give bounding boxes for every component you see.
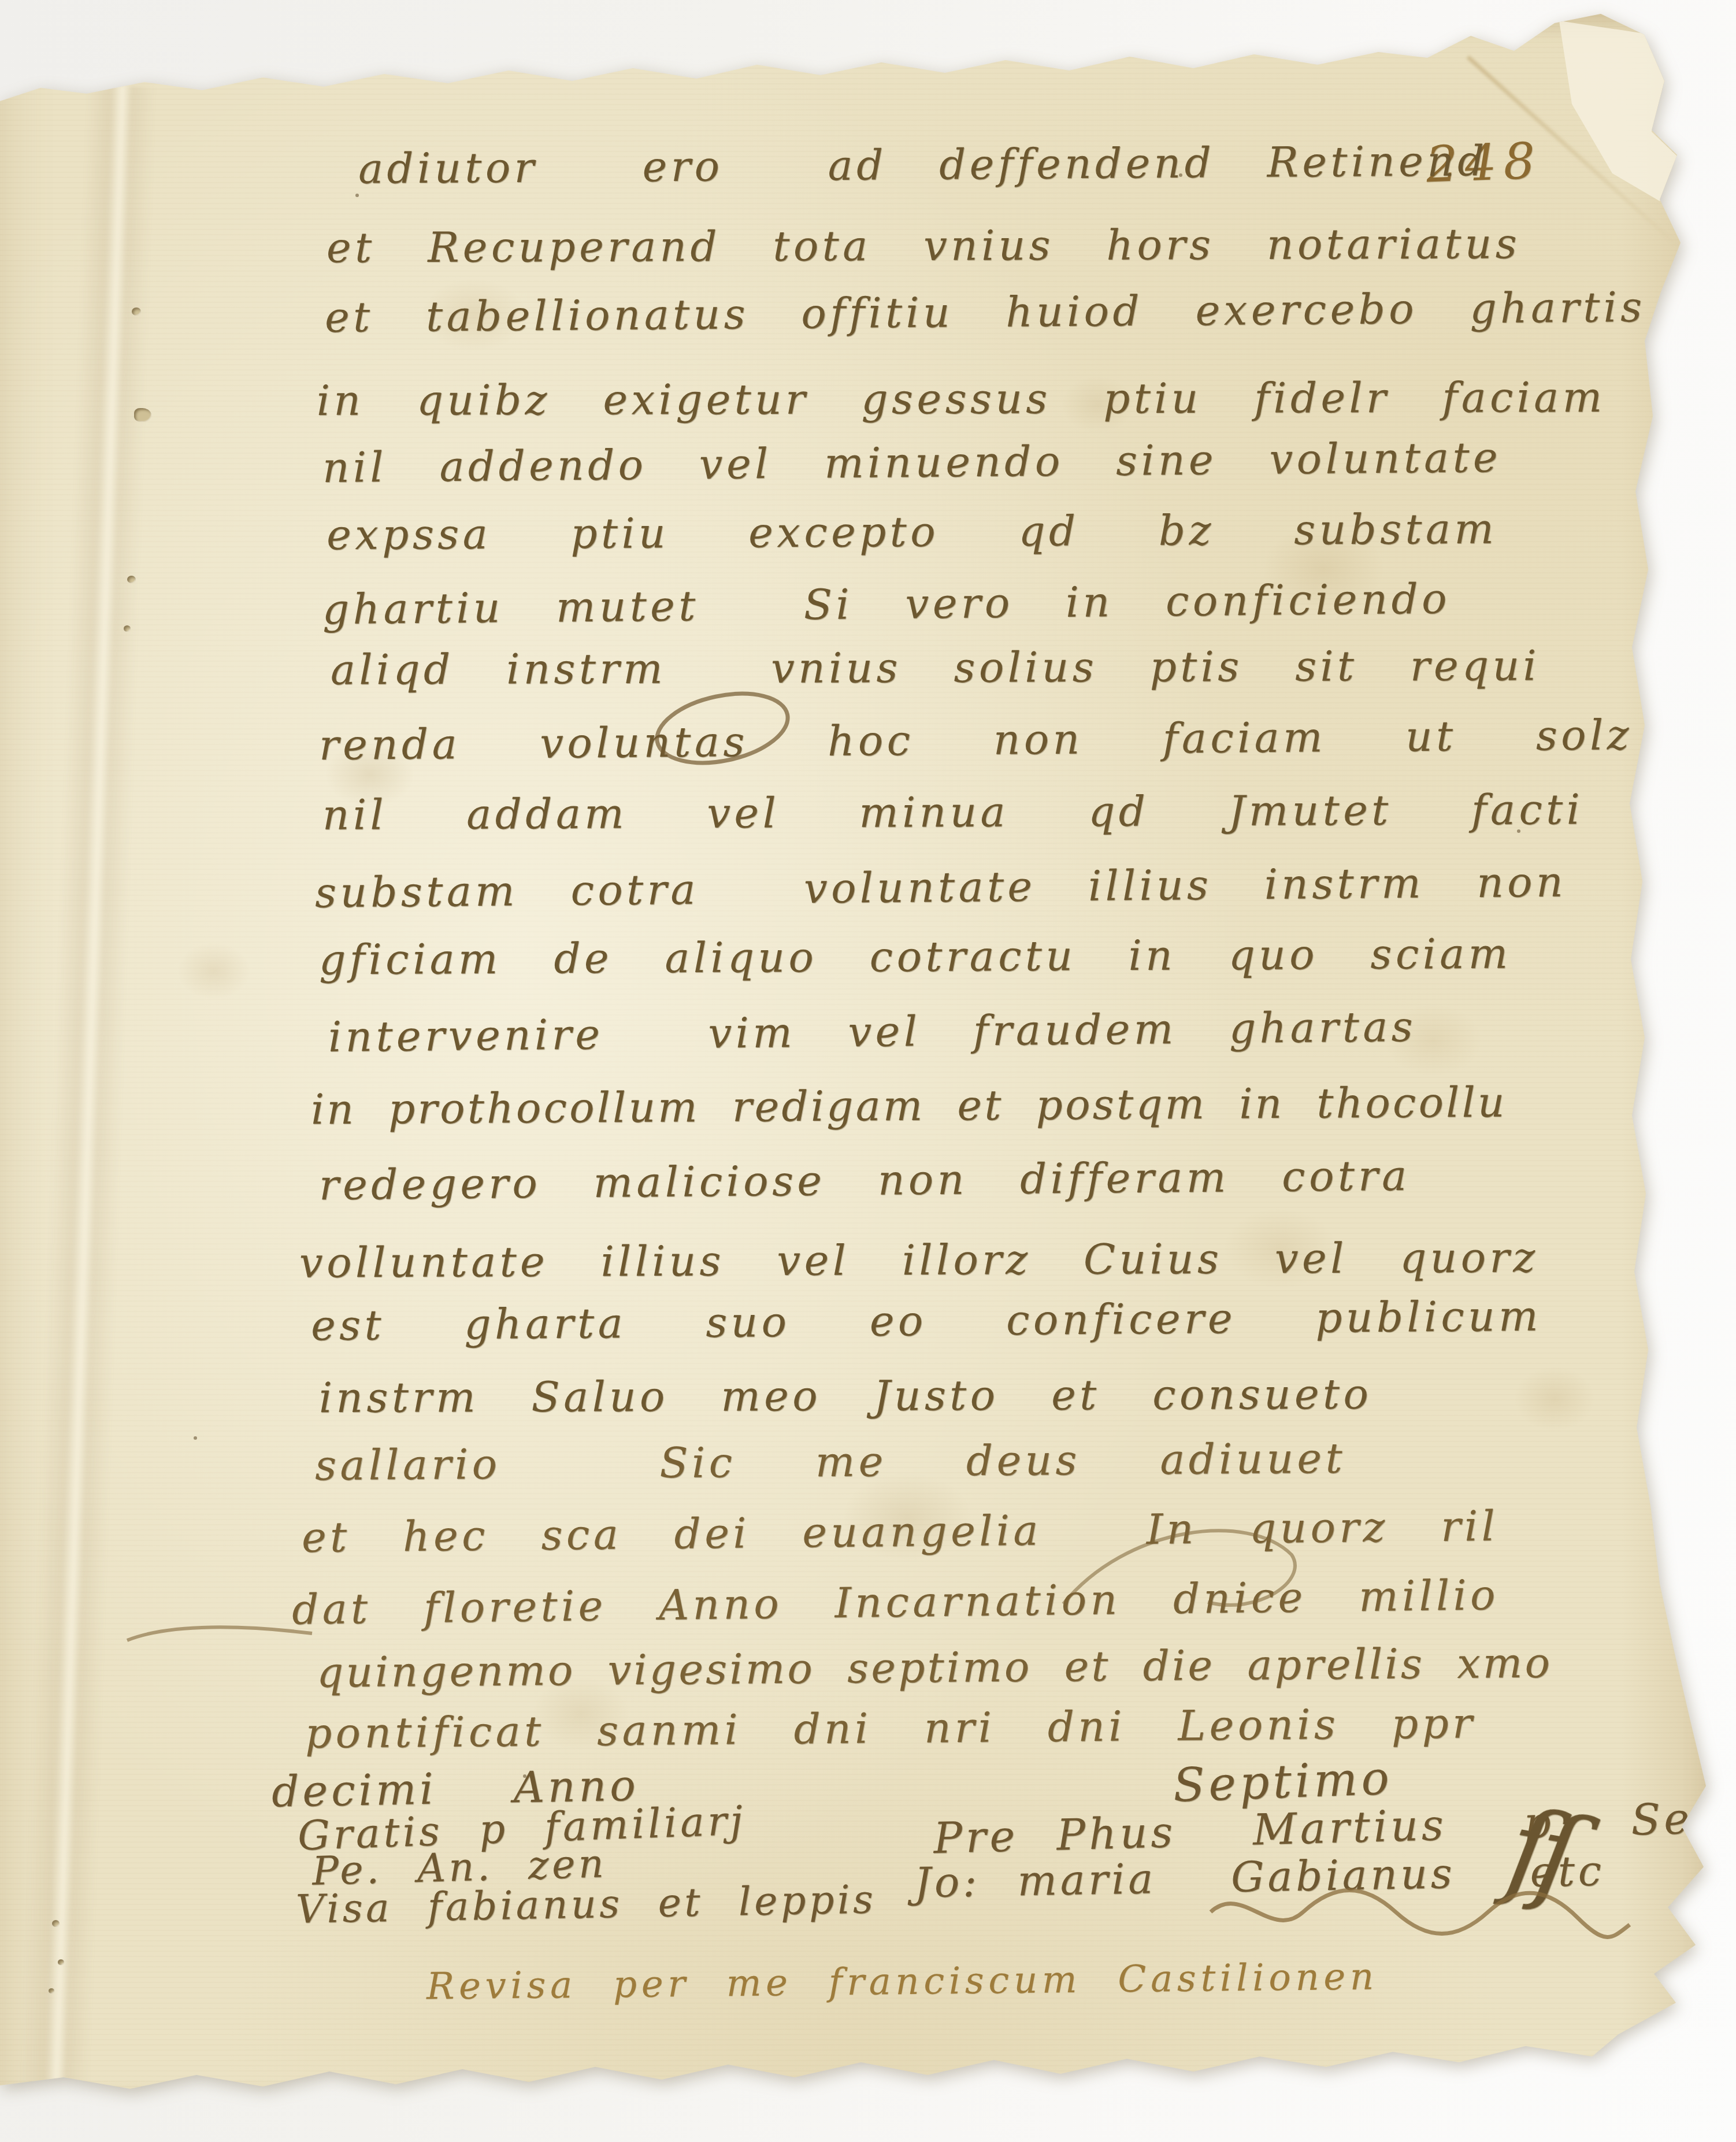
ink-circle-annotation [647,682,797,774]
ink-layer: 248 adiutor ero ad deffendend Retinend e… [0,0,1736,2142]
manuscript-line-15: redegero maliciose non differam cotra [319,1151,1411,1209]
paper-shadow: 248 adiutor ero ad deffendend Retinend e… [0,0,1736,2142]
manuscript-line-5: nil addendo vel minuendo sine voluntate [322,433,1502,492]
lead-in-swash [124,1618,315,1647]
manuscript-line-23: pontificat sanmi dni nri dni Leonis ppr [305,1699,1477,1758]
manuscript-line-18: instrm Saluo meo Justo et consueto [319,1370,1373,1422]
manuscript-line-7: ghartiu mutet Si vero in conficiendo [322,575,1451,634]
manuscript-line-2: et Recuperand tota vnius hors notariatus [327,219,1520,272]
flourish-loop [1058,1503,1312,1641]
manuscript-line-16: volluntate illius vel illorz Cuius vel q… [299,1233,1539,1287]
manuscript-page: 248 adiutor ero ad deffendend Retinend e… [0,0,1736,2142]
edge-shade-bottom [0,2078,1736,2142]
manuscript-line-8: aliqd instrm vnius solius ptis sit requi [331,641,1540,694]
manuscript-line-20: et hec sca dei euangelia In quorz ril [302,1502,1499,1562]
manuscript-line-14: in prothocollum redigam et postqm in tho… [311,1078,1507,1134]
flourish-squiggle [1208,1877,1635,1958]
manuscript-line-13: intervenire vim vel fraudem ghartas [328,1002,1417,1061]
revision-note: Revisa per me franciscum Castilionen [426,1955,1379,2008]
manuscript-line-22: quingenmo vigesimo septimo et die aprell… [317,1639,1553,1697]
manuscript-line-1: adiutor ero ad deffendend Retinend [358,136,1488,193]
manuscript-line-4: in quibz exigetur gsessus ptiu fidelr fa… [317,373,1606,425]
manuscript-line-11: substam cotra voluntate illius instrm no… [315,858,1567,917]
scanner-bed: 248 adiutor ero ad deffendend Retinend e… [0,0,1736,2142]
manuscript-line-3: et tabellionatus offitiu huiod exercebo … [325,283,1646,342]
manuscript-line-6: expssa ptiu excepto qd bz substam [327,505,1497,559]
manuscript-line-9: renda voluntas hoc non faciam ut solz [319,710,1633,769]
manuscript-line-17: est gharta suo eo conficere publicum [311,1292,1542,1350]
manuscript-line-12: gficiam de aliquo cotractu in quo sciam [319,929,1512,984]
edge-shade-top [0,0,1736,40]
manuscript-line-10: nil addam vel minua qd Jmutet facti [322,785,1584,839]
manuscript-line-21: dat floretie Anno Incarnation dnice mill… [292,1570,1500,1634]
signature-visa: Visa fabianus et leppis [295,1877,877,1933]
manuscript-line-19: sallario Sic me deus adiuuet [315,1434,1346,1489]
